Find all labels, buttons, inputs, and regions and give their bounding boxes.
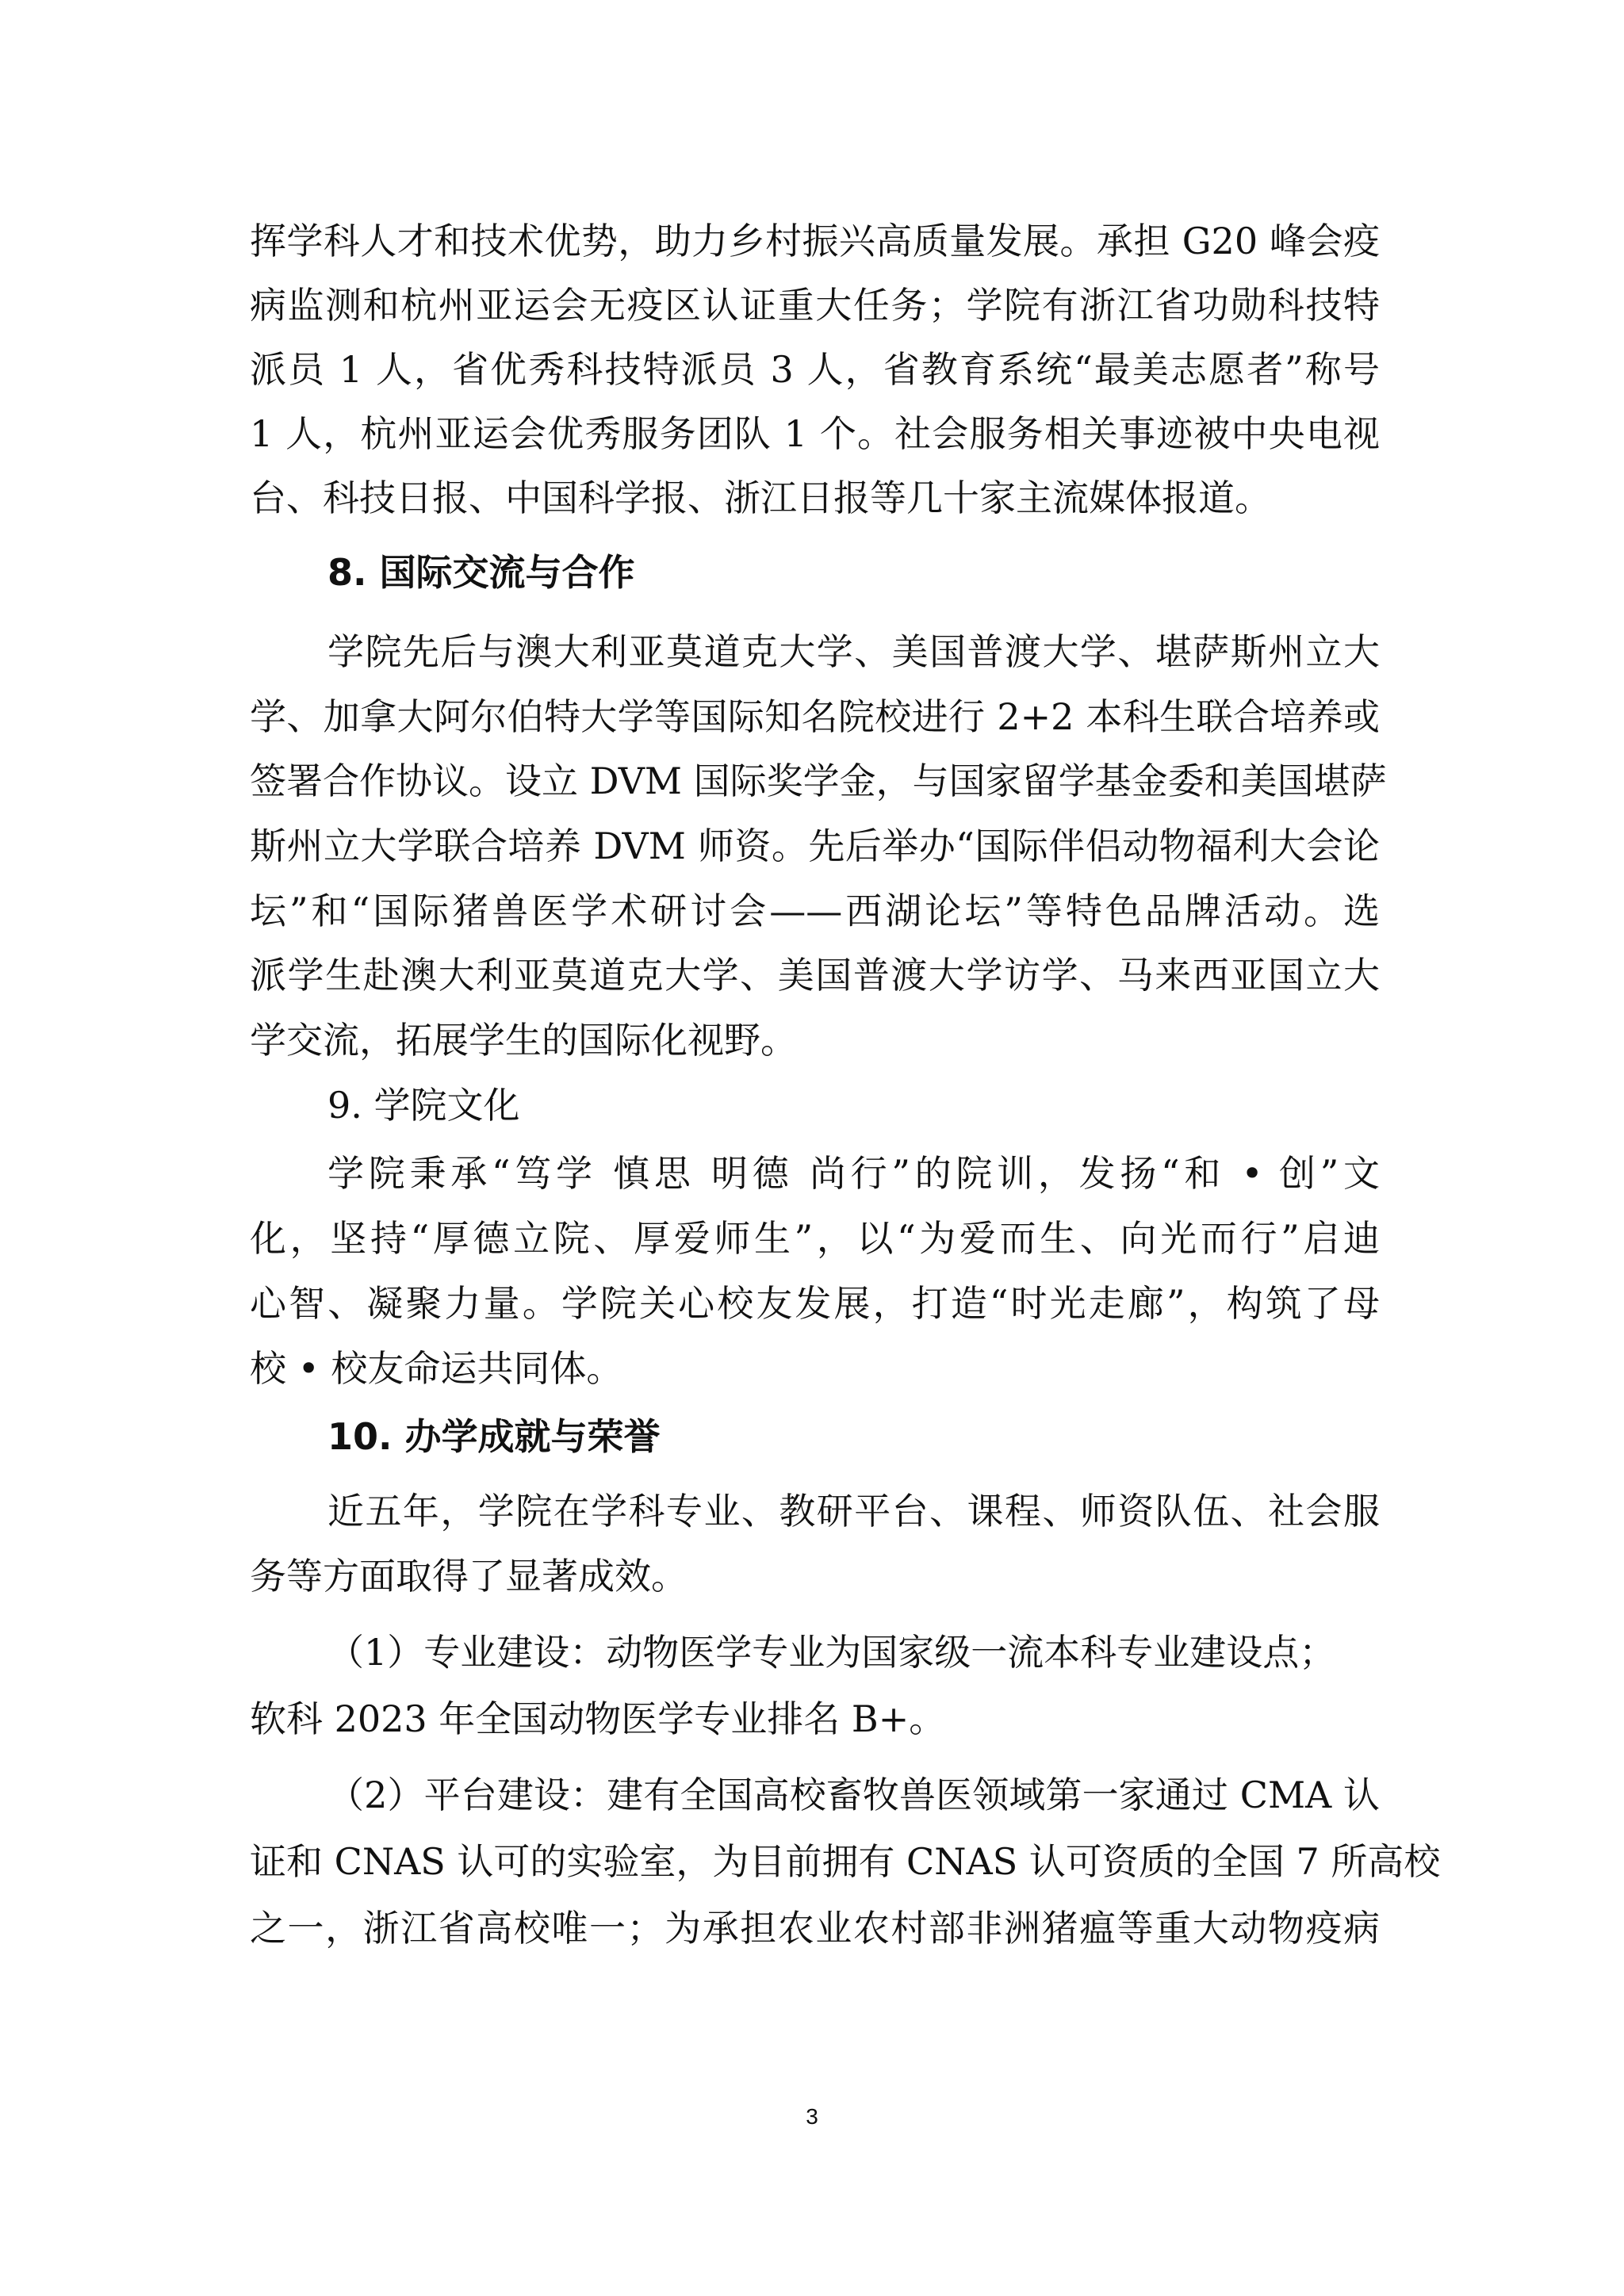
paragraph-line: 挥学科人才和技术优势，助力乡村振兴高质量发展。承担 G20 峰会疫 <box>250 219 1380 263</box>
section-heading-9: 9. 学院文化 <box>327 1083 520 1127</box>
document-page: 挥学科人才和技术优势，助力乡村振兴高质量发展。承担 G20 峰会疫 病监测和杭州… <box>0 0 1624 2296</box>
page-number: 3 <box>0 2103 1624 2131</box>
list-item-line: （1）专业建设：动物医学专业为国家级一流本科专业建设点； <box>327 1630 1380 1674</box>
paragraph-line: 病监测和杭州亚运会无疫区认证重大任务；学院有浙江省功勋科技特 <box>250 283 1380 327</box>
paragraph-line: 派学生赴澳大利亚莫道克大学、美国普渡大学访学、马来西亚国立大 <box>250 953 1380 997</box>
paragraph-line: 近五年，学院在学科专业、教研平台、课程、师资队伍、社会服 <box>327 1489 1380 1533</box>
paragraph-line: 学交流，拓展学生的国际化视野。 <box>250 1018 1380 1062</box>
paragraph-line: 派员 1 人，省优秀科技特派员 3 人，省教育系统“最美志愿者”称号 <box>250 347 1380 392</box>
paragraph-line: 1 人，杭州亚运会优秀服务团队 1 个。社会服务相关事迹被中央电视 <box>250 411 1380 456</box>
paragraph-line: 务等方面取得了显著成效。 <box>250 1554 1380 1598</box>
paragraph-line: 心智、凝聚力量。学院关心校友发展，打造“时光走廊”，构筑了母 <box>250 1281 1380 1326</box>
paragraph-line: 学院先后与澳大利亚莫道克大学、美国普渡大学、堪萨斯州立大 <box>327 629 1380 674</box>
paragraph-line: 签署合作协议。设立 DVM 国际奖学金，与国家留学基金委和美国堪萨 <box>250 759 1380 803</box>
paragraph-line: 化，坚持“厚德立院、厚爱师生”，以“为爱而生、向光而行”启迪 <box>250 1216 1380 1261</box>
paragraph-line: 坛”和“国际猪兽医学术研讨会——西湖论坛”等特色品牌活动。选 <box>250 889 1380 933</box>
section-heading-10: 10. 办学成就与荣誉 <box>327 1414 661 1459</box>
list-item-line: 证和 CNAS 认可的实验室，为目前拥有 CNAS 认可资质的全国 7 所高校 <box>250 1839 1380 1884</box>
list-item-line: （2）平台建设：建有全国高校畜牧兽医领域第一家通过 CMA 认 <box>327 1773 1380 1817</box>
paragraph-line: 斯州立大学联合培养 DVM 师资。先后举办“国际伴侣动物福利大会论 <box>250 824 1380 868</box>
list-item-line: 之一，浙江省高校唯一；为承担农业农村部非洲猪瘟等重大动物疫病 <box>250 1906 1380 1950</box>
paragraph-line: 学、加拿大阿尔伯特大学等国际知名院校进行 2+2 本科生联合培养或 <box>250 695 1380 739</box>
paragraph-line: 学院秉承“笃学 慎思 明德 尚行”的院训，发扬“和 • 创”文 <box>327 1151 1380 1196</box>
paragraph-line: 台、科技日报、中国科学报、浙江日报等几十家主流媒体报道。 <box>250 476 1380 520</box>
section-heading-8: 8. 国际交流与合作 <box>327 550 635 595</box>
list-item-line: 软科 2023 年全国动物医学专业排名 B+。 <box>250 1697 1380 1741</box>
paragraph-line: 校 • 校友命运共同体。 <box>250 1346 1380 1391</box>
